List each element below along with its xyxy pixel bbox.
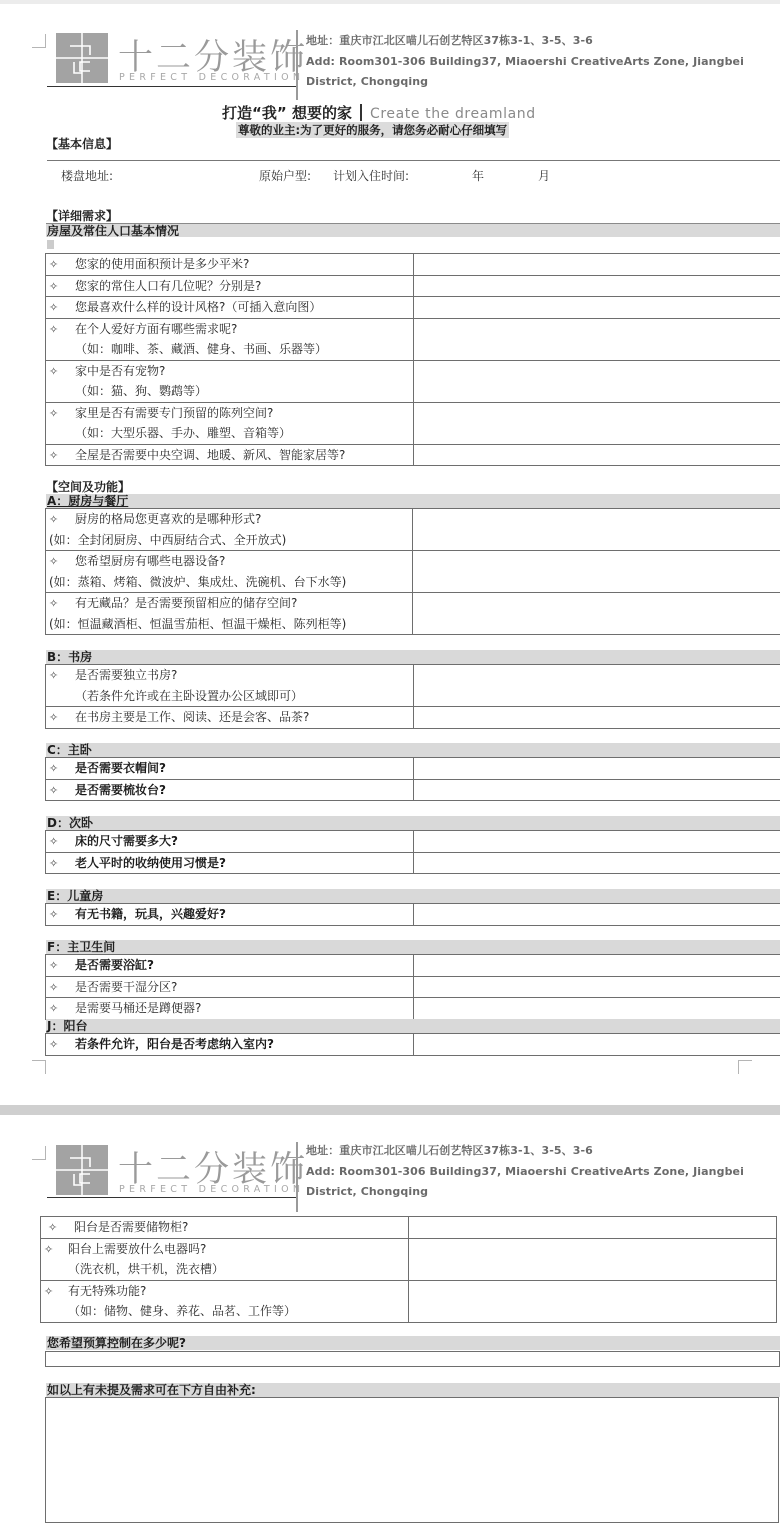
kitchen-table: ✧厨房的格局您更喜欢的是哪种形式?(如：全封闭厨房、中西厨结合式、全开放式) ✧… (45, 508, 780, 635)
table-row: ✧您家的常住人口有几位呢？分别是? (46, 275, 780, 297)
question-hint: (如：全封闭厨房、中西厨结合式、全开放式) (49, 530, 412, 551)
question: 您家的使用面积预计是多少平米? (75, 257, 249, 271)
budget-input[interactable] (45, 1351, 780, 1367)
table-row: ✧是否需要浴缸? (46, 955, 780, 977)
question-hint: （如：咖啡、茶、藏酒、健身、书画、乐器等） (49, 339, 413, 360)
address-cn: 地址：重庆市江北区喵儿石创艺特区37栋3-1、3-5、3-6 (306, 31, 744, 52)
bullet-icon: ✧ (49, 298, 75, 319)
master-bath-table: ✧是否需要浴缸? ✧是否需要干湿分区? ✧是需要马桶还是蹲便器? (45, 954, 780, 1020)
kids-room-table: ✧有无书籍，玩具，兴趣爱好? (45, 903, 780, 926)
table-row: ✧是否需要衣帽间? (46, 758, 780, 780)
logo-icon (56, 33, 108, 83)
bullet-icon: ✧ (49, 905, 75, 926)
divider (296, 30, 298, 100)
question: 是否需要独立书房? (75, 668, 177, 682)
answer-cell[interactable] (414, 665, 780, 707)
page-break (0, 1105, 780, 1115)
household-section-header: 房屋及常住人口基本情况 (46, 223, 780, 237)
table-row: ✧您最喜欢什么样的设计风格?（可插入意向图） (46, 297, 780, 319)
address-block: 地址：重庆市江北区喵儿石创艺特区37栋3-1、3-5、3-6 Add: Room… (306, 1141, 744, 1203)
balcony-table: ✧若条件允许，阳台是否考虑纳入室内? (45, 1033, 780, 1056)
property-address-label: 楼盘地址: (61, 167, 113, 184)
bullet-icon: ✧ (49, 510, 75, 531)
answer-cell[interactable] (413, 509, 780, 551)
divider (47, 160, 780, 161)
bullet-icon: ✧ (49, 320, 75, 341)
budget-label: 您希望预算控制在多少呢? (47, 1336, 186, 1350)
table-row: ✧在书房主要是工作、阅读、还是会客、品茶? (46, 707, 780, 729)
divider (47, 1197, 297, 1198)
answer-cell[interactable] (409, 1280, 777, 1322)
answer-cell[interactable] (409, 1238, 777, 1280)
question: 是否需要干湿分区? (75, 980, 177, 994)
second-bedroom-table: ✧床的尺寸需要多大? ✧老人平时的收纳使用习惯是? (45, 830, 780, 874)
answer-cell[interactable] (414, 779, 780, 801)
answer-cell[interactable] (414, 297, 780, 319)
table-row: ✧厨房的格局您更喜欢的是哪种形式?(如：全封闭厨房、中西厨结合式、全开放式) (46, 509, 780, 551)
answer-cell[interactable] (414, 360, 780, 402)
bullet-icon: ✧ (49, 552, 75, 573)
question: 全屋是否需要中央空调、地暖、新风、智能家居等? (75, 448, 345, 462)
question-hint: (如：恒温藏酒柜、恒温雪茄柜、恒温干燥柜、陈列柜等) (49, 614, 412, 635)
detail-heading: 【详细需求】 (46, 207, 118, 224)
basic-info-heading: 【基本信息】 (46, 135, 118, 152)
bullet-icon: ✧ (48, 1218, 74, 1239)
table-row: ✧您希望厨房有哪些电器设备?(如：蒸箱、烤箱、微波炉、集成灶、洗碗机、台下水等) (46, 551, 780, 593)
section-title: D：次卧 (47, 816, 93, 830)
bullet-icon: ✧ (44, 1240, 68, 1261)
bullet-icon: ✧ (49, 781, 75, 802)
bullet-icon: ✧ (49, 255, 75, 276)
kids-room-section-header: E：儿童房 (46, 889, 780, 903)
section-title: B：书房 (47, 650, 92, 664)
table-row: ✧有无特殊功能?（如：储物、健身、养花、品茗、工作等） (41, 1280, 777, 1322)
section-title: A：厨房与餐厅 (47, 494, 128, 508)
section-title: 房屋及常住人口基本情况 (47, 224, 179, 238)
answer-cell[interactable] (414, 318, 780, 360)
bullet-icon: ✧ (49, 362, 75, 383)
page-title: 打造“我” 想要的家Create the dreamland (222, 102, 536, 123)
answer-cell[interactable] (414, 976, 780, 998)
question: 家里是否有需要专门预留的陈列空间? (75, 406, 273, 420)
study-section-header: B：书房 (46, 650, 780, 664)
question-hint: （如：猫、狗、鹦鹉等） (49, 381, 413, 402)
crop-mark (32, 1060, 46, 1074)
answer-cell[interactable] (414, 1034, 780, 1056)
section-title: E：儿童房 (47, 889, 103, 903)
address-en-cont: District, Chongqing (306, 1182, 744, 1203)
table-row: ✧是否需要梳妆台? (46, 779, 780, 801)
question: 有无书籍，玩具，兴趣爱好? (75, 907, 226, 921)
balcony-section-header: J：阳台 (46, 1019, 780, 1033)
address-en: Add: Room301-306 Building37, Miaoershi C… (306, 1162, 744, 1183)
question: 床的尺寸需要多大? (75, 834, 178, 848)
spaces-heading: 【空间及功能】 (46, 478, 130, 495)
title-main: 打造“我” 想要的家 (222, 104, 352, 122)
question: 您希望厨房有哪些电器设备? (75, 554, 225, 568)
month-label: 月 (538, 167, 550, 184)
kitchen-section-header: A：厨房与餐厅 (46, 494, 780, 508)
bullet-icon: ✧ (49, 832, 75, 853)
table-row: ✧老人平时的收纳使用习惯是? (46, 852, 780, 874)
table-row: ✧床的尺寸需要多大? (46, 831, 780, 853)
question-hint: （如：储物、健身、养花、品茗、工作等） (44, 1301, 408, 1322)
question: 老人平时的收纳使用习惯是? (75, 856, 226, 870)
second-bedroom-section-header: D：次卧 (46, 816, 780, 830)
title-english: Create the dreamland (370, 106, 536, 122)
marker (47, 240, 54, 249)
section-title: C：主卧 (47, 743, 92, 757)
answer-cell[interactable] (414, 444, 780, 466)
question-hint: (如：蒸箱、烤箱、微波炉、集成灶、洗碗机、台下水等) (49, 572, 412, 593)
table-row: ✧是否需要独立书房?（若条件允许或在主卧设置办公区域即可） (46, 665, 780, 707)
question-hint: （如：大型乐器、手办、雕塑、音箱等） (49, 423, 413, 444)
table-row: ✧在个人爱好方面有哪些需求呢?（如：咖啡、茶、藏酒、健身、书画、乐器等） (46, 318, 780, 360)
bullet-icon: ✧ (49, 978, 75, 999)
answer-cell[interactable] (414, 955, 780, 977)
bullet-icon: ✧ (49, 759, 75, 780)
logo-icon (56, 1145, 108, 1195)
answer-cell[interactable] (414, 758, 780, 780)
question: 若条件允许，阳台是否考虑纳入室内? (75, 1037, 274, 1051)
question: 有无特殊功能? (68, 1284, 146, 1298)
answer-cell[interactable] (413, 593, 780, 635)
table-row: ✧是需要马桶还是蹲便器? (46, 998, 780, 1020)
divider (296, 1142, 298, 1212)
answer-cell[interactable] (414, 707, 780, 729)
bullet-icon: ✧ (49, 666, 75, 687)
table-row: ✧您家的使用面积预计是多少平米? (46, 254, 780, 276)
logo-tagline: PERFECT DECORATION (119, 72, 304, 83)
answer-cell[interactable] (413, 551, 780, 593)
bullet-icon: ✧ (49, 708, 75, 729)
original-layout-label: 原始户型: (259, 167, 311, 184)
question-hint: （洗衣机，烘干机，洗衣槽） (44, 1259, 408, 1280)
divider (47, 86, 297, 87)
move-in-time-label: 计划入住时间: (333, 167, 409, 184)
bullet-icon: ✧ (49, 956, 75, 977)
bullet-icon: ✧ (49, 404, 75, 425)
bullet-icon: ✧ (49, 277, 75, 298)
table-row: ✧若条件允许，阳台是否考虑纳入室内? (46, 1034, 780, 1056)
bullet-icon: ✧ (49, 999, 75, 1020)
table-row: ✧家中是否有宠物?（如：猫、狗、鹦鹉等） (46, 360, 780, 402)
question: 是否需要浴缸? (75, 958, 154, 972)
address-block: 地址：重庆市江北区喵儿石创艺特区37栋3-1、3-5、3-6 Add: Room… (306, 31, 744, 93)
answer-cell[interactable] (414, 402, 780, 444)
page-header: 十二分装饰 PERFECT DECORATION 地址：重庆市江北区喵儿石创艺特… (0, 0, 780, 90)
question: 您家的常住人口有几位呢？分别是? (75, 279, 261, 293)
crop-mark (32, 1146, 46, 1160)
address-en-cont: District, Chongqing (306, 72, 744, 93)
table-row: ✧家里是否有需要专门预留的陈列空间?（如：大型乐器、手办、雕塑、音箱等） (46, 402, 780, 444)
bullet-icon: ✧ (44, 1282, 68, 1303)
answer-cell[interactable] (414, 831, 780, 853)
bullet-icon: ✧ (49, 594, 75, 615)
answer-cell[interactable] (414, 904, 780, 926)
table-row: ✧有无藏品？是否需要预留相应的储存空间?(如：恒温藏酒柜、恒温雪茄柜、恒温干燥柜… (46, 593, 780, 635)
supplement-label: 如以上有未提及需求可在下方自由补充: (47, 1383, 256, 1397)
study-table: ✧是否需要独立书房?（若条件允许或在主卧设置办公区域即可） ✧在书房主要是工作、… (45, 664, 780, 729)
question: 是否需要衣帽间? (75, 761, 166, 775)
question: 您最喜欢什么样的设计风格?（可插入意向图） (75, 300, 321, 314)
answer-cell[interactable] (414, 275, 780, 297)
question: 有无藏品？是否需要预留相应的储存空间? (75, 596, 297, 610)
question: 是否需要梳妆台? (75, 783, 166, 797)
household-table: ✧您家的使用面积预计是多少平米? ✧您家的常住人口有几位呢？分别是? ✧您最喜欢… (45, 253, 780, 466)
address-en: Add: Room301-306 Building37, Miaoershi C… (306, 52, 744, 73)
property-address-field[interactable] (120, 167, 250, 183)
answer-cell[interactable] (414, 852, 780, 874)
budget-section-header: 您希望预算控制在多少呢? (46, 1336, 780, 1350)
logo-tagline: PERFECT DECORATION (119, 1184, 304, 1195)
question: 阳台上需要放什么电器吗? (68, 1242, 206, 1256)
master-bedroom-table: ✧是否需要衣帽间? ✧是否需要梳妆台? (45, 757, 780, 801)
question-hint: （若条件允许或在主卧设置办公区域即可） (49, 686, 413, 707)
year-label: 年 (472, 167, 484, 184)
table-row: ✧全屋是否需要中央空调、地暖、新风、智能家居等? (46, 444, 780, 466)
divider (360, 104, 362, 121)
master-bath-section-header: F：主卫生间 (46, 940, 780, 954)
subtitle: 尊敬的业主:为了更好的服务，请您务必耐心仔细填写 (236, 122, 509, 138)
question: 阳台是否需要储物柜? (74, 1220, 188, 1234)
answer-cell[interactable] (409, 1217, 777, 1239)
crop-mark (738, 1060, 752, 1074)
table-row: ✧阳台是否需要储物柜? (41, 1217, 777, 1239)
master-bedroom-section-header: C：主卧 (46, 743, 780, 757)
address-cn: 地址：重庆市江北区喵儿石创艺特区37栋3-1、3-5、3-6 (306, 1141, 744, 1162)
section-title: F：主卫生间 (47, 940, 115, 954)
table-row: ✧有无书籍，玩具，兴趣爱好? (46, 904, 780, 926)
balcony-table-continued: ✧阳台是否需要储物柜? ✧阳台上需要放什么电器吗?（洗衣机，烘干机，洗衣槽） ✧… (40, 1216, 777, 1323)
table-row: ✧是否需要干湿分区? (46, 976, 780, 998)
bullet-icon: ✧ (49, 446, 75, 467)
answer-cell[interactable] (414, 998, 780, 1020)
answer-cell[interactable] (414, 254, 780, 276)
bullet-icon: ✧ (49, 854, 75, 875)
bullet-icon: ✧ (49, 1035, 75, 1056)
table-row: ✧阳台上需要放什么电器吗?（洗衣机，烘干机，洗衣槽） (41, 1238, 777, 1280)
supplement-textarea[interactable] (45, 1397, 779, 1523)
question: 家中是否有宠物? (75, 364, 165, 378)
question: 在个人爱好方面有哪些需求呢? (75, 322, 237, 336)
question: 是需要马桶还是蹲便器? (75, 1001, 201, 1015)
section-title: J：阳台 (47, 1019, 87, 1033)
question: 在书房主要是工作、阅读、还是会客、品茶? (75, 710, 309, 724)
supplement-section-header: 如以上有未提及需求可在下方自由补充: (46, 1383, 780, 1397)
question: 厨房的格局您更喜欢的是哪种形式? (75, 512, 261, 526)
